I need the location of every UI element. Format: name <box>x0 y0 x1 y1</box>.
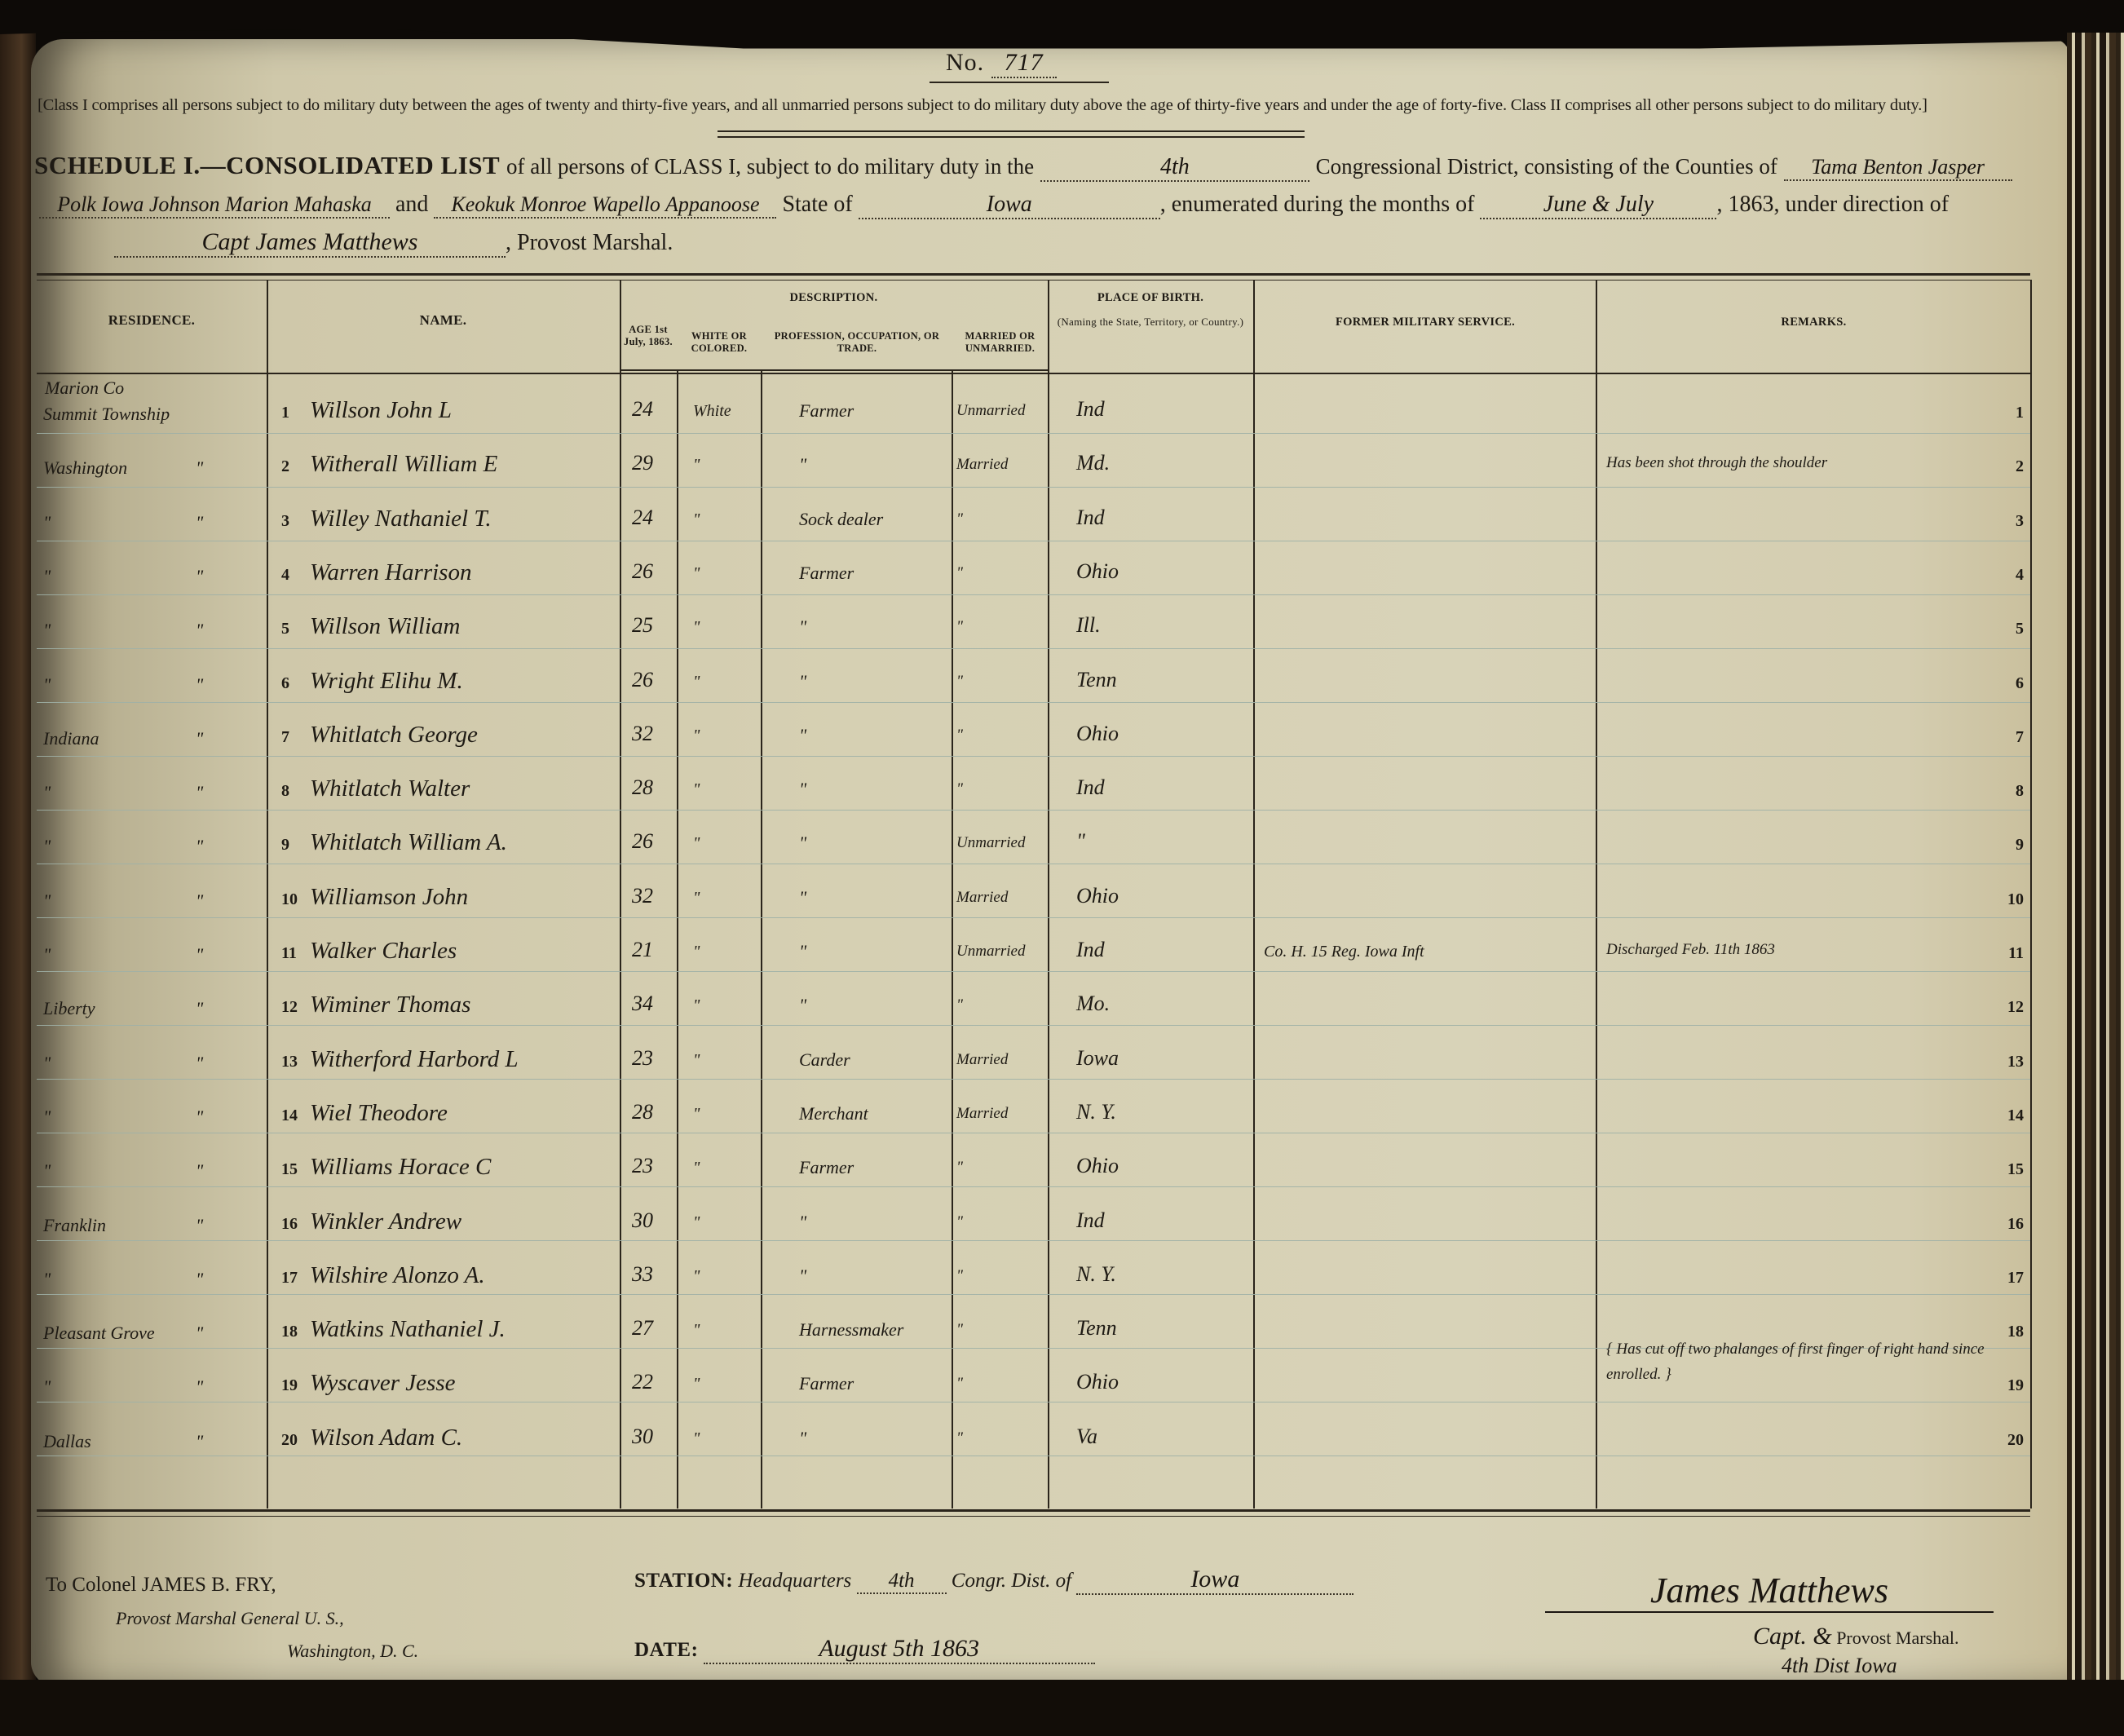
color-cell: " <box>693 943 700 961</box>
name-cell: Witherall William E <box>310 451 497 478</box>
birth-cell: Ill. <box>1076 613 1101 638</box>
form-number-value: 717 <box>991 49 1057 78</box>
county-heading: Marion Co <box>45 378 124 399</box>
birth-cell: Mo. <box>1076 992 1110 1016</box>
enrollment-table: RESIDENCE. NAME. DESCRIPTION. AGE 1st Ju… <box>37 273 2030 1517</box>
row-number-right: 12 <box>2007 998 2024 1017</box>
row-number-right: 9 <box>2016 836 2024 855</box>
date-line: DATE: August 5th 1863 <box>634 1635 1095 1664</box>
profession-cell: " <box>799 941 806 962</box>
row-number: 3 <box>281 512 289 531</box>
age-cell: 26 <box>632 668 653 692</box>
marshal-line: Capt James Matthews, Provost Marshal. <box>114 228 673 258</box>
military-service-cell: Co. H. 15 Reg. Iowa Inft <box>1264 943 1424 961</box>
row-number-right: 13 <box>2007 1053 2024 1071</box>
color-cell: " <box>693 834 700 853</box>
residence-ditto-cell: " <box>196 998 203 1019</box>
row-number: 12 <box>281 998 298 1017</box>
birth-cell: Md. <box>1076 451 1110 475</box>
married-cell: Unmarried <box>956 402 1025 420</box>
married-cell: Married <box>956 456 1008 474</box>
age-cell: 22 <box>632 1370 653 1394</box>
birth-cell: Ohio <box>1076 1154 1119 1178</box>
residence-cell: " <box>43 1107 51 1128</box>
age-cell: 28 <box>632 775 653 800</box>
residence-cell: " <box>43 1160 51 1182</box>
station-state-field: Iowa <box>1076 1566 1353 1595</box>
row-number: 17 <box>281 1269 298 1288</box>
profession-cell: Harnessmaker <box>799 1319 903 1341</box>
residence-ditto-cell: " <box>196 1107 203 1128</box>
name-cell: Witherford Harbord L <box>310 1046 519 1073</box>
birth-cell: Ohio <box>1076 884 1119 908</box>
table-row: 20Dallas"Wilson Adam C.30"""Va20 <box>37 1425 2030 1478</box>
name-cell: Winkler Andrew <box>310 1208 461 1235</box>
color-cell: " <box>693 996 700 1015</box>
age-cell: 32 <box>632 884 653 908</box>
color-cell: " <box>693 1267 700 1286</box>
header-name: NAME. <box>267 312 620 329</box>
row-number-right: 20 <box>2007 1431 2024 1450</box>
residence-cell: Pleasant Grove <box>43 1323 155 1344</box>
row-number-right: 2 <box>2016 457 2024 476</box>
table-top-rule <box>37 273 2030 280</box>
name-cell: Williamson John <box>310 884 468 911</box>
row-number: 15 <box>281 1160 298 1179</box>
row-number: 4 <box>281 566 289 585</box>
table-row: 6""Wright Elihu M.26"""Tenn6 <box>37 668 2030 722</box>
remarks-cell: Has been shot through the shoulder <box>1606 454 1827 472</box>
header-bottom-rule <box>37 373 2030 374</box>
remarks-cell: { Has cut off two phalanges of first fin… <box>1606 1337 2014 1387</box>
col-divider <box>2030 280 2032 1509</box>
district-text: Congressional District, consisting of th… <box>1316 154 1777 179</box>
row-number-right: 10 <box>2007 890 2024 909</box>
residence-cell: Indiana <box>43 728 99 749</box>
table-row: 8""Whitlatch Walter28"""Ind8 <box>37 775 2030 829</box>
married-cell: Married <box>956 889 1008 907</box>
row-number: 18 <box>281 1323 298 1341</box>
birth-cell: " <box>1076 829 1085 854</box>
color-cell: " <box>693 564 700 583</box>
residence-cell: Summit Township <box>43 404 170 425</box>
book-page-edges <box>2067 33 2124 1688</box>
color-cell: " <box>693 1429 700 1448</box>
profession-cell: " <box>799 671 806 692</box>
row-number-right: 17 <box>2007 1269 2024 1288</box>
residence-ditto-cell: " <box>196 1160 203 1182</box>
table-row: 13""Witherford Harbord L23"CarderMarried… <box>37 1046 2030 1100</box>
row-number-right: 5 <box>2016 620 2024 638</box>
married-cell: " <box>956 1267 963 1285</box>
row-number-right: 1 <box>2016 404 2024 422</box>
station-label: STATION: <box>634 1570 733 1592</box>
station-line: STATION: Headquarters 4th Congr. Dist. o… <box>634 1566 1353 1595</box>
state-field: Iowa <box>859 192 1160 219</box>
date-label: DATE: <box>634 1639 698 1661</box>
residence-ditto-cell: " <box>196 890 203 912</box>
months-field: June & July <box>1480 192 1716 219</box>
age-cell: 21 <box>632 938 653 962</box>
name-cell: Willson John L <box>310 397 452 424</box>
color-cell: " <box>693 780 700 799</box>
married-cell: Unmarried <box>956 834 1025 852</box>
row-number: 14 <box>281 1107 298 1125</box>
header-description: DESCRIPTION. <box>620 291 1048 305</box>
state-label: State of <box>782 192 852 217</box>
remarks-cell: Discharged Feb. 11th 1863 <box>1606 941 1775 959</box>
name-cell: Wilson Adam C. <box>310 1425 462 1451</box>
name-cell: Wiminer Thomas <box>310 992 470 1018</box>
residence-cell: " <box>43 566 51 587</box>
birth-cell: N. Y. <box>1076 1100 1116 1124</box>
residence-cell: " <box>43 890 51 912</box>
date-field: August 5th 1863 <box>704 1635 1095 1664</box>
residence-ditto-cell: " <box>196 944 203 965</box>
marshal-field: Capt James Matthews <box>114 228 506 258</box>
row-number: 16 <box>281 1215 298 1234</box>
color-cell: " <box>693 456 700 475</box>
color-cell: " <box>693 1051 700 1070</box>
row-number-right: 15 <box>2007 1160 2024 1179</box>
table-row: 5""Willson William25"""Ill.5 <box>37 613 2030 667</box>
table-row: 4""Warren Harrison26"Farmer"Ohio4 <box>37 559 2030 613</box>
signature-rank: Capt. & <box>1753 1623 1832 1650</box>
name-cell: Willey Nathaniel T. <box>310 506 492 532</box>
birth-cell: N. Y. <box>1076 1262 1116 1287</box>
profession-cell: Merchant <box>799 1103 868 1124</box>
header-white-colored: WHITE OR COLORED. <box>679 330 759 355</box>
residence-ditto-cell: " <box>196 1431 203 1452</box>
signature-district: 4th Dist Iowa <box>1782 1654 1897 1678</box>
age-cell: 28 <box>632 1100 653 1124</box>
counties-field-1: Tama Benton Jasper <box>1784 155 2012 181</box>
color-cell: " <box>693 727 700 745</box>
birth-cell: Ind <box>1076 938 1105 962</box>
married-cell: " <box>956 510 963 528</box>
header-profession: PROFESSION, OCCUPATION, OR TRADE. <box>764 330 950 355</box>
addressee: To Colonel JAMES B. FRY, <box>46 1574 276 1597</box>
name-cell: Wiel Theodore <box>310 1100 448 1127</box>
residence-cell: " <box>43 674 51 696</box>
profession-cell: " <box>799 454 806 475</box>
table-row: 10""Williamson John32""MarriedOhio10 <box>37 884 2030 938</box>
name-cell: Wilshire Alonzo A. <box>310 1262 485 1289</box>
table-row: 11""Walker Charles21""UnmarriedIndCo. H.… <box>37 938 2030 992</box>
row-number-right: 11 <box>2008 944 2024 963</box>
married-cell: " <box>956 996 963 1014</box>
row-number: 8 <box>281 782 289 801</box>
header-remarks: REMARKS. <box>1597 316 2030 329</box>
row-number-right: 7 <box>2016 728 2024 747</box>
book-bottom-edge <box>0 1680 2124 1736</box>
row-number-right: 19 <box>2007 1376 2024 1395</box>
profession-cell: Sock dealer <box>799 509 883 530</box>
year-text: , 1863, under direction of <box>1716 192 1949 217</box>
residence-ditto-cell: " <box>196 512 203 533</box>
name-cell: Wright Elihu M. <box>310 668 463 695</box>
residence-cell: Dallas <box>43 1431 91 1452</box>
marshal-label: , Provost Marshal. <box>506 230 673 255</box>
profession-cell: " <box>799 887 806 908</box>
married-cell: " <box>956 618 963 636</box>
married-cell: " <box>956 1159 963 1177</box>
name-cell: Whitlatch Walter <box>310 775 470 802</box>
row-number: 2 <box>281 457 289 476</box>
name-cell: Walker Charles <box>310 938 457 965</box>
residence-ditto-cell: " <box>196 836 203 857</box>
station-congr: Congr. Dist. of <box>952 1570 1071 1592</box>
birth-cell: Ohio <box>1076 722 1119 746</box>
schedule-title: SCHEDULE I.—CONSOLIDATED LIST <box>34 151 500 179</box>
age-cell: 32 <box>632 722 653 746</box>
row-number: 6 <box>281 674 289 693</box>
profession-cell: Carder <box>799 1049 850 1071</box>
table-row: 16Franklin"Winkler Andrew30"""Ind16 <box>37 1208 2030 1262</box>
row-number: 7 <box>281 728 289 747</box>
row-number-right: 14 <box>2007 1107 2024 1125</box>
header-military: FORMER MILITARY SERVICE. <box>1255 316 1596 329</box>
age-cell: 29 <box>632 451 653 475</box>
residence-cell: " <box>43 944 51 965</box>
table-row: 9""Whitlatch William A.26""Unmarried"9 <box>37 829 2030 883</box>
name-cell: Warren Harrison <box>310 559 471 586</box>
profession-cell: Farmer <box>799 1157 854 1178</box>
enumerated-label: , enumerated during the months of <box>1160 192 1475 217</box>
age-cell: 26 <box>632 829 653 854</box>
name-cell: Watkins Nathaniel J. <box>310 1316 506 1343</box>
residence-cell: " <box>43 1269 51 1290</box>
color-cell: " <box>693 1321 700 1340</box>
married-cell: " <box>956 673 963 691</box>
married-cell: " <box>956 564 963 582</box>
counties-line: Polk Iowa Johnson Marion Mahaska and Keo… <box>39 192 1949 219</box>
birth-cell: Ohio <box>1076 1370 1119 1394</box>
age-cell: 24 <box>632 506 653 530</box>
header-residence: RESIDENCE. <box>37 312 267 329</box>
color-cell: White <box>693 402 731 421</box>
age-cell: 25 <box>632 613 653 638</box>
table-row: 17""Wilshire Alonzo A.33"""N. Y.17 <box>37 1262 2030 1316</box>
table-row: 15""Williams Horace C23"Farmer"Ohio15 <box>37 1154 2030 1208</box>
residence-cell: Franklin <box>43 1215 106 1236</box>
birth-cell: Va <box>1076 1425 1097 1449</box>
married-cell: " <box>956 1429 963 1447</box>
profession-cell: " <box>799 779 806 800</box>
color-cell: " <box>693 1105 700 1124</box>
table-row: 2Washington"Witherall William E29""Marri… <box>37 451 2030 505</box>
birth-cell: Ind <box>1076 506 1105 530</box>
counties-field-3: Keokuk Monroe Wapello Appanoose <box>434 192 776 219</box>
color-cell: " <box>693 1213 700 1232</box>
birth-cell: Iowa <box>1076 1046 1119 1071</box>
profession-cell: Farmer <box>799 400 854 422</box>
age-cell: 26 <box>632 559 653 584</box>
residence-cell: " <box>43 1376 51 1398</box>
profession-cell: " <box>799 1266 806 1287</box>
residence-cell: " <box>43 836 51 857</box>
form-number: No. 717 <box>946 49 1057 78</box>
row-number-right: 8 <box>2016 782 2024 801</box>
age-cell: 23 <box>632 1046 653 1071</box>
table-row: 7Indiana"Whitlatch George32"""Ohio7 <box>37 722 2030 775</box>
birth-cell: Ohio <box>1076 559 1119 584</box>
residence-ditto-cell: " <box>196 457 203 479</box>
addressee-title: Provost Marshal General U. S., <box>116 1608 344 1629</box>
age-cell: 33 <box>632 1262 653 1287</box>
age-cell: 30 <box>632 1425 653 1449</box>
age-cell: 24 <box>632 397 653 422</box>
married-cell: " <box>956 1213 963 1231</box>
color-cell: " <box>693 1375 700 1394</box>
row-number: 13 <box>281 1053 298 1071</box>
birth-cell: Tenn <box>1076 1316 1117 1341</box>
signature: James Matthews <box>1545 1570 1994 1613</box>
residence-cell: " <box>43 1053 51 1074</box>
table-row: 3""Willey Nathaniel T.24"Sock dealer"Ind… <box>37 506 2030 559</box>
married-cell: " <box>956 727 963 744</box>
district-field: 4th <box>1040 154 1309 182</box>
row-number-right: 6 <box>2016 674 2024 693</box>
name-cell: Williams Horace C <box>310 1154 491 1181</box>
married-cell: Unmarried <box>956 943 1025 961</box>
double-rule-bottom <box>718 136 1305 138</box>
row-number: 20 <box>281 1431 298 1450</box>
residence-ditto-cell: " <box>196 620 203 641</box>
birth-cell: Ind <box>1076 397 1105 422</box>
age-cell: 27 <box>632 1316 653 1341</box>
profession-cell: " <box>799 1428 806 1449</box>
profession-cell: Farmer <box>799 563 854 584</box>
residence-cell: " <box>43 782 51 803</box>
birth-cell: Ind <box>1076 775 1105 800</box>
addressee-place: Washington, D. C. <box>287 1641 418 1662</box>
table-row: 14""Wiel Theodore28"MerchantMarriedN. Y.… <box>37 1100 2030 1154</box>
residence-cell: Washington <box>43 457 127 479</box>
class-note: [Class I comprises all persons subject t… <box>38 96 1927 115</box>
residence-cell: " <box>43 512 51 533</box>
profession-cell: Farmer <box>799 1373 854 1394</box>
header-married: MARRIED OR UNMARRIED. <box>954 330 1046 355</box>
color-cell: " <box>693 673 700 691</box>
profession-cell: " <box>799 1212 806 1233</box>
name-cell: Whitlatch William A. <box>310 829 507 856</box>
residence-cell: " <box>43 620 51 641</box>
row-number-right: 3 <box>2016 512 2024 531</box>
age-cell: 30 <box>632 1208 653 1233</box>
profession-cell: " <box>799 725 806 746</box>
table-row: 19""Wyscaver Jesse22"Farmer"Ohio{ Has cu… <box>37 1370 2030 1424</box>
residence-ditto-cell: " <box>196 1053 203 1074</box>
form-number-label: No. <box>946 49 984 76</box>
married-cell: " <box>956 1321 963 1339</box>
counties-field-2: Polk Iowa Johnson Marion Mahaska <box>39 192 390 219</box>
profession-cell: " <box>799 995 806 1016</box>
color-cell: " <box>693 1159 700 1177</box>
name-cell: Whitlatch George <box>310 722 478 749</box>
table-row: 1Summit TownshipWillson John L24WhiteFar… <box>37 397 2030 451</box>
color-cell: " <box>693 889 700 908</box>
profession-cell: " <box>799 616 806 638</box>
row-number: 9 <box>281 836 289 855</box>
row-number: 11 <box>281 944 297 963</box>
residence-cell: Liberty <box>43 998 95 1019</box>
row-number: 1 <box>281 404 289 422</box>
married-cell: " <box>956 1375 963 1393</box>
header-rule <box>930 82 1109 83</box>
residence-ditto-cell: " <box>196 1323 203 1344</box>
residence-ditto-cell: " <box>196 674 203 696</box>
table-row: 12Liberty"Wiminer Thomas34"""Mo.12 <box>37 992 2030 1045</box>
married-cell: Married <box>956 1051 1008 1069</box>
station-district-field: 4th <box>857 1570 947 1594</box>
residence-ditto-cell: " <box>196 566 203 587</box>
signature-title-text: Provost Marshal. <box>1836 1628 1958 1648</box>
residence-ditto-cell: " <box>196 782 203 803</box>
row-number-right: 16 <box>2007 1215 2024 1234</box>
and-label: and <box>395 192 428 217</box>
residence-ditto-cell: " <box>196 1269 203 1290</box>
residence-ditto-cell: " <box>196 1215 203 1236</box>
row-number: 5 <box>281 620 289 638</box>
description-subrule <box>620 369 1048 371</box>
signature-title: Capt. & Provost Marshal. <box>1753 1623 1959 1650</box>
header-birth: PLACE OF BIRTH. <box>1049 291 1252 305</box>
residence-ditto-cell: " <box>196 1376 203 1398</box>
row-number: 10 <box>281 890 298 909</box>
row-number-right: 4 <box>2016 566 2024 585</box>
color-cell: " <box>693 510 700 529</box>
header-age: AGE 1st July, 1863. <box>620 324 677 348</box>
table-bottom-rule <box>37 1509 2030 1517</box>
profession-cell: " <box>799 833 806 854</box>
age-cell: 34 <box>632 992 653 1016</box>
birth-cell: Ind <box>1076 1208 1105 1233</box>
schedule-title-line: SCHEDULE I.—CONSOLIDATED LIST of all per… <box>34 151 2012 182</box>
age-cell: 23 <box>632 1154 653 1178</box>
row-number: 19 <box>281 1376 298 1395</box>
birth-cell: Tenn <box>1076 668 1117 692</box>
schedule-text: of all persons of CLASS I, subject to do… <box>506 154 1034 179</box>
header-birth-sub: (Naming the State, Territory, or Country… <box>1056 316 1245 329</box>
name-cell: Willson William <box>310 613 461 640</box>
double-rule-top <box>718 130 1305 132</box>
married-cell: Married <box>956 1105 1008 1123</box>
name-cell: Wyscaver Jesse <box>310 1370 456 1397</box>
station-hq: Headquarters <box>738 1570 851 1592</box>
married-cell: " <box>956 780 963 798</box>
color-cell: " <box>693 618 700 637</box>
footer: To Colonel JAMES B. FRY, Provost Marshal… <box>0 1533 2124 1680</box>
residence-ditto-cell: " <box>196 728 203 749</box>
